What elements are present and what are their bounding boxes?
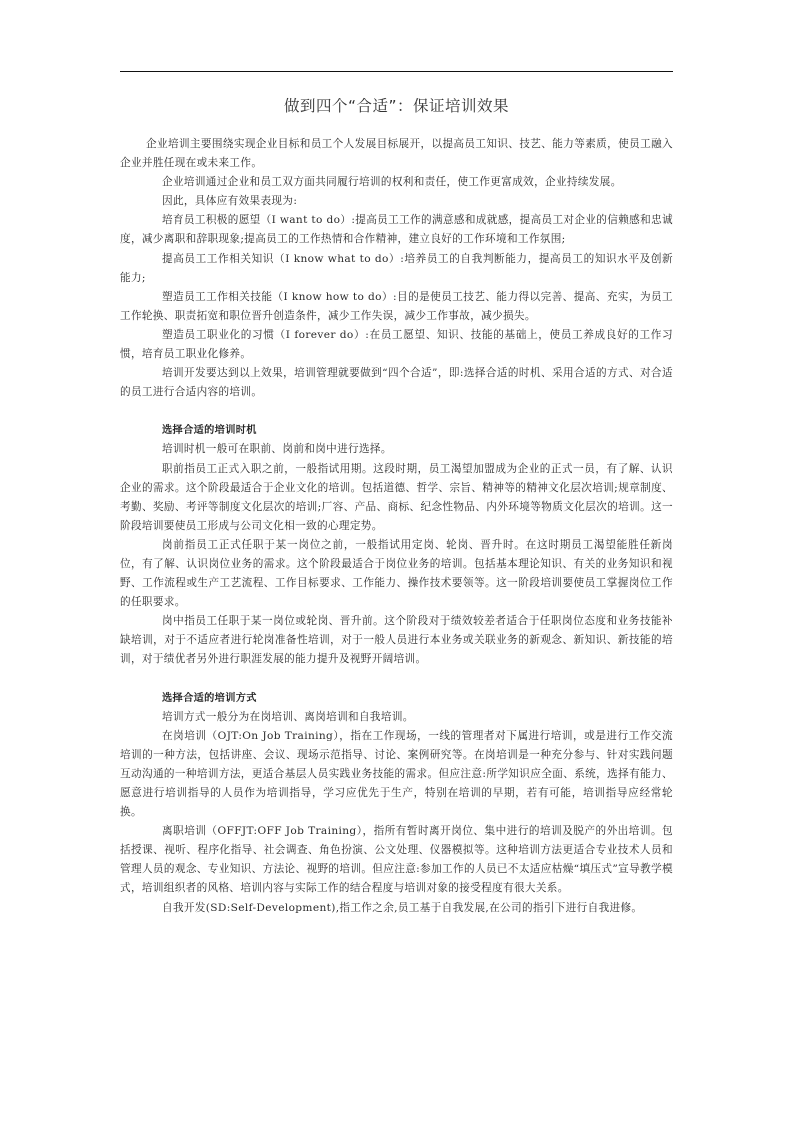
spacer	[120, 402, 673, 421]
section-paragraph: 在岗培训（OJT:On Job Training），指在工作现场，一线的管理者对…	[120, 727, 673, 822]
intro-paragraph: 因此，具体应有效果表现为:	[120, 192, 673, 211]
section-paragraph: 岗中指员工任职于某一岗位或轮岗、晋升前。这个阶段对于绩效较差者适合于任职岗位态度…	[120, 612, 673, 669]
summary-paragraph: 培训开发要达到以上效果，培训管理就要做到“四个合适”，即:选择合适的时机、采用合…	[120, 364, 673, 402]
spacer	[120, 670, 673, 689]
effect-paragraph-know-how: 塑造员工工作相关技能（I know how to do）:目的是使员工技艺、能力…	[120, 288, 673, 326]
document-body: 企业培训主要围绕实现企业目标和员工个人发展目标展开，以提高员工知识、技艺、能力等…	[120, 135, 673, 918]
section-paragraph: 培训方式一般分为在岗培训、离岗培训和自我培训。	[120, 708, 673, 727]
effect-paragraph-forever: 塑造员工职业化的习惯（I forever do）:在员工愿望、知识、技能的基础上…	[120, 326, 673, 364]
intro-paragraph: 企业培训主要围绕实现企业目标和员工个人发展目标展开，以提高员工知识、技艺、能力等…	[120, 135, 673, 173]
section-paragraph: 离职培训（OFFJT:OFF Job Training），指所有暂时离开岗位、集…	[120, 822, 673, 898]
document-title: 做到四个“合适”：保证培训效果	[120, 94, 673, 116]
intro-paragraph: 企业培训通过企业和员工双方面共同履行培训的权利和责任，使工作更富成效，企业持续发…	[120, 173, 673, 192]
section-paragraph: 培训时机一般可在职前、岗前和岗中进行选择。	[120, 440, 673, 459]
header-rule	[120, 71, 673, 72]
section-paragraph: 职前指员工正式入职之前，一般指试用期。这段时期，员工渴望加盟成为企业的正式一员，…	[120, 460, 673, 536]
section-heading-method: 选择合适的培训方式	[120, 689, 673, 708]
section-paragraph: 岗前指员工正式任职于某一岗位之前，一般指试用定岗、轮岗、晋升时。在这时期员工渴望…	[120, 536, 673, 612]
section-heading-timing: 选择合适的培训时机	[120, 421, 673, 440]
section-paragraph: 自我开发(SD:Self-Development),指工作之余,员工基于自我发展…	[120, 899, 673, 918]
effect-paragraph-know-what: 提高员工工作相关知识（I know what to do）:培养员工的自我判断能…	[120, 250, 673, 288]
effect-paragraph-want: 培育员工积极的愿望（I want to do）:提高员工工作的满意感和成就感，提…	[120, 211, 673, 249]
